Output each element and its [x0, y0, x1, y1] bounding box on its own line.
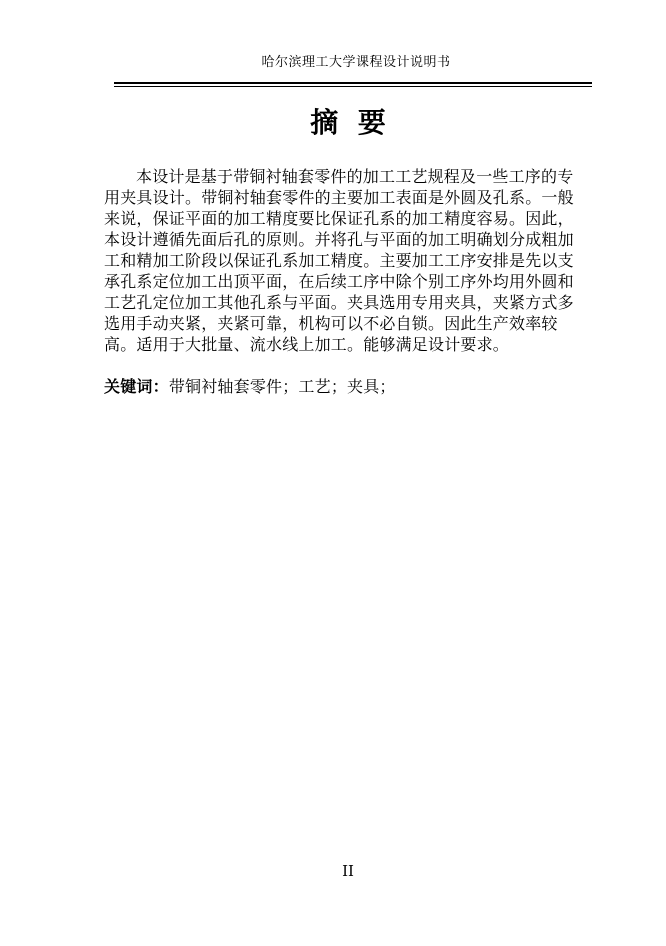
abstract-line: 选用手动夹紧，夹紧可靠，机构可以不必自锁。因此生产效率较: [104, 313, 576, 334]
abstract-line: 本设计是基于带铜衬轴套零件的加工工艺规程及一些工序的专: [104, 166, 576, 187]
abstract-line: 工艺孔定位加工其他孔系与平面。夹具选用专用夹具，夹紧方式多: [104, 292, 576, 313]
abstract-line: 工和精加工阶段以保证孔系加工精度。主要加工工序安排是先以支: [104, 250, 576, 271]
keywords-line: 关键词：带铜衬轴套零件；工艺；夹具；: [104, 376, 592, 397]
header-double-rule: [114, 82, 592, 87]
abstract-title: 摘 要: [104, 106, 592, 140]
page-number: II: [104, 862, 592, 881]
abstract-line: 用夹具设计。带铜衬轴套零件的主要加工表面是外圆及孔系。一般: [104, 187, 576, 208]
abstract-line: 高。适用于大批量、流水线上加工。能够满足设计要求。: [104, 334, 576, 355]
abstract-line: 承孔系定位加工出顶平面，在后续工序中除个别工序外均用外圆和: [104, 271, 576, 292]
abstract-line: 本设计遵循先面后孔的原则。并将孔与平面的加工明确划分成粗加: [104, 229, 576, 250]
abstract-paragraph: 本设计是基于带铜衬轴套零件的加工工艺规程及一些工序的专 用夹具设计。带铜衬轴套零…: [104, 166, 576, 355]
keywords-value: 带铜衬轴套零件；工艺；夹具；: [169, 377, 396, 396]
document-page: 哈尔滨理工大学课程设计说明书 摘 要 本设计是基于带铜衬轴套零件的加工工艺规程及…: [0, 0, 666, 946]
abstract-line: 来说，保证平面的加工精度要比保证孔系的加工精度容易。因此，: [104, 208, 576, 229]
header-rule-thin-line: [114, 86, 592, 87]
keywords-label: 关键词：: [104, 377, 169, 396]
header-rule-thick-line: [114, 82, 592, 84]
page-header-title: 哈尔滨理工大学课程设计说明书: [112, 54, 600, 71]
